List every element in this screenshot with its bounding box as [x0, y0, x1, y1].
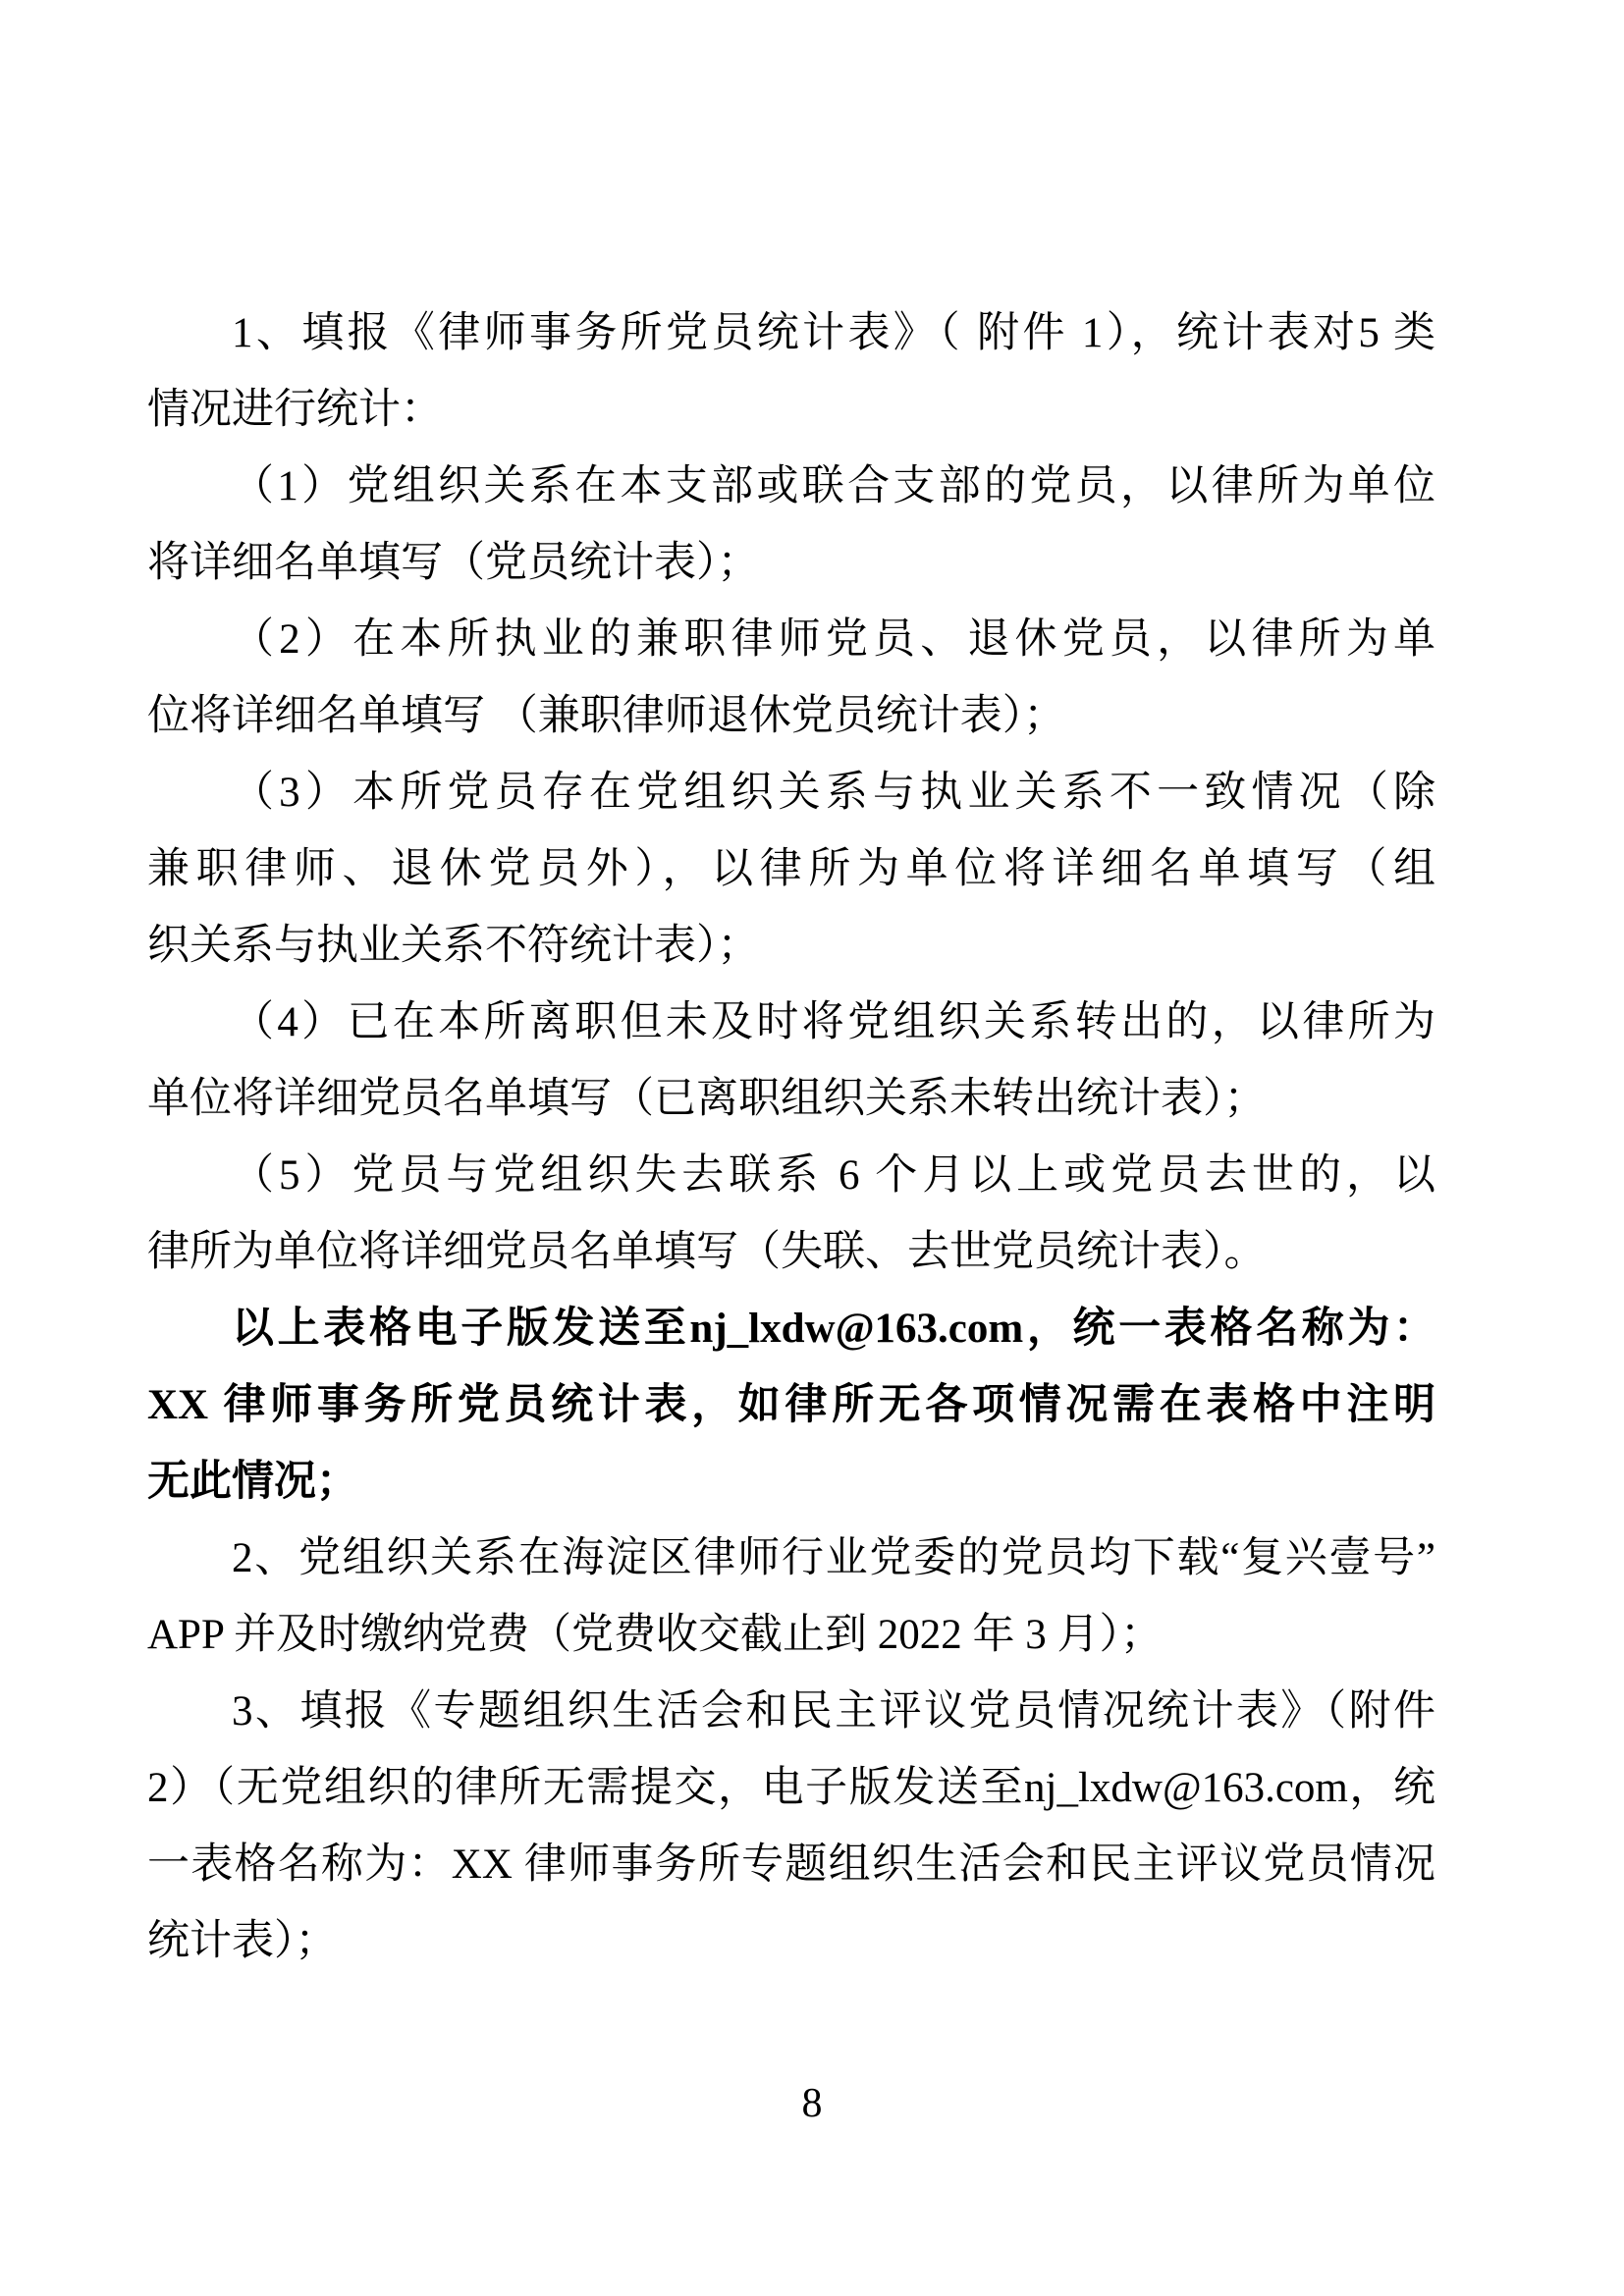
text-line: （4）已在本所离职但未及时将党组织关系转出的，以律所为	[147, 985, 1435, 1061]
text-line: 将详细名单填写（党员统计表）；	[147, 525, 1435, 602]
text-line: （5）党员与党组织失去联系 6 个月以上或党员去世的，以	[147, 1138, 1435, 1214]
document-page: 1、填报《律师事务所党员统计表》（ 附件 1），统计表对5 类 情况进行统计： …	[0, 0, 1624, 2296]
paragraph: 2、党组织关系在海淀区律师行业党委的党员均下载“复兴壹号” APP 并及时缴纳党…	[147, 1521, 1435, 1674]
paragraph-bold-email-note: 以上表格电子版发送至nj_lxdw@163.com，统一表格名称为： XX 律师…	[147, 1291, 1435, 1521]
text-line: 位将详细名单填写 （兼职律师退休党员统计表）；	[147, 678, 1435, 755]
text-line: 以上表格电子版发送至nj_lxdw@163.com，统一表格名称为：	[147, 1291, 1435, 1367]
text-line: 3、填报《专题组织生活会和民主评议党员情况统计表》（附件	[147, 1674, 1435, 1750]
text-line: （3）本所党员存在党组织关系与执业关系不一致情况（除	[147, 755, 1435, 831]
paragraph: （1）党组织关系在本支部或联合支部的党员，以律所为单位 将详细名单填写（党员统计…	[147, 449, 1435, 602]
text-line: 统计表）；	[147, 1903, 1435, 1980]
text-line: （1）党组织关系在本支部或联合支部的党员，以律所为单位	[147, 449, 1435, 525]
document-body: 1、填报《律师事务所党员统计表》（ 附件 1），统计表对5 类 情况进行统计： …	[147, 295, 1435, 1980]
text-line: （2）在本所执业的兼职律师党员、退休党员，以律所为单	[147, 602, 1435, 678]
text-line: 兼职律师、退休党员外），以律所为单位将详细名单填写（组	[147, 831, 1435, 908]
text-line: 单位将详细党员名单填写（已离职组织关系未转出统计表）；	[147, 1061, 1435, 1138]
paragraph: （5）党员与党组织失去联系 6 个月以上或党员去世的，以 律所为单位将详细党员名…	[147, 1138, 1435, 1291]
text-line: 2、党组织关系在海淀区律师行业党委的党员均下载“复兴壹号”	[147, 1521, 1435, 1597]
paragraph: （3）本所党员存在党组织关系与执业关系不一致情况（除 兼职律师、退休党员外），以…	[147, 755, 1435, 985]
text-line: 无此情况；	[147, 1444, 1435, 1521]
text-line: 律所为单位将详细党员名单填写（失联、去世党员统计表）。	[147, 1214, 1435, 1291]
text-line: 1、填报《律师事务所党员统计表》（ 附件 1），统计表对5 类	[147, 295, 1435, 372]
paragraph: 1、填报《律师事务所党员统计表》（ 附件 1），统计表对5 类 情况进行统计：	[147, 295, 1435, 449]
text-line: APP 并及时缴纳党费（党费收交截止到 2022 年 3 月）；	[147, 1597, 1435, 1674]
text-line: XX 律师事务所党员统计表，如律所无各项情况需在表格中注明	[147, 1367, 1435, 1444]
page-number: 8	[0, 2079, 1624, 2128]
paragraph: 3、填报《专题组织生活会和民主评议党员情况统计表》（附件 2）（无党组织的律所无…	[147, 1674, 1435, 1980]
paragraph: （4）已在本所离职但未及时将党组织关系转出的，以律所为 单位将详细党员名单填写（…	[147, 985, 1435, 1138]
text-line: 情况进行统计：	[147, 372, 1435, 449]
paragraph: （2）在本所执业的兼职律师党员、退休党员，以律所为单 位将详细名单填写 （兼职律…	[147, 602, 1435, 755]
text-line: 织关系与执业关系不符统计表）；	[147, 908, 1435, 985]
text-line: 2）（无党组织的律所无需提交，电子版发送至nj_lxdw@163.com，统	[147, 1750, 1435, 1827]
text-line: 一表格名称为：XX 律师事务所专题组织生活会和民主评议党员情况	[147, 1827, 1435, 1903]
